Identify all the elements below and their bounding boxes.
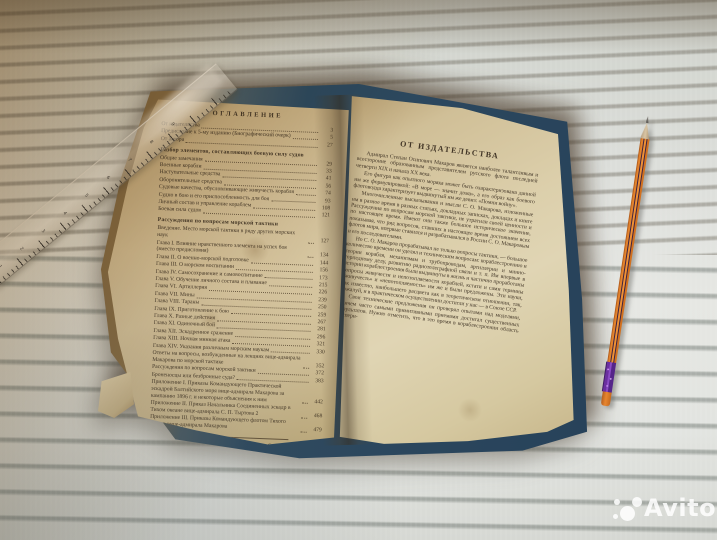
- ruler-number: 1: [0, 264, 2, 269]
- right-page: ОТ ИЗДАТЕЛЬСТВА Адмирал Степан Осипович …: [336, 94, 576, 446]
- toc-page-number: 479: [309, 427, 322, 434]
- leader-dots: [308, 243, 314, 244]
- avito-watermark: Avito: [608, 492, 708, 530]
- leader-dots: [302, 403, 308, 404]
- ruler-number: 6: [105, 175, 111, 180]
- ruler-number: 2: [18, 247, 24, 252]
- avito-logo-icon: [620, 506, 635, 521]
- leader-dots: [186, 142, 318, 148]
- leader-dots: [303, 367, 309, 368]
- open-book: ОГЛАВЛЕНИЕ От издательства3Предисловие к…: [0, 0, 717, 540]
- leader-dots: [307, 257, 313, 258]
- leader-dots: [301, 417, 307, 418]
- leader-dots: [296, 194, 316, 196]
- leader-dots: [301, 431, 307, 432]
- book-gutter-shadow: [313, 94, 372, 445]
- pencil-end: [600, 391, 611, 406]
- pencil-lead-tip: [645, 116, 649, 123]
- ruler-number: 3: [40, 229, 46, 234]
- ruler-number: 4: [61, 211, 67, 216]
- toc-body: От издательства3Предисловие к 5-му издан…: [150, 121, 334, 434]
- ruler-number: 9: [170, 122, 176, 127]
- avito-logo-icon: [613, 514, 618, 519]
- avito-logo-icon: [632, 497, 642, 507]
- ruler-number: 5: [83, 193, 89, 198]
- ruler-number: 7: [126, 158, 132, 163]
- avito-logo-icon: [614, 499, 620, 505]
- avito-text: Avito: [644, 494, 716, 522]
- photo-scene: ОГЛАВЛЕНИЕ От издательства3Предисловие к…: [0, 0, 717, 540]
- pencil-wood-cone: [640, 122, 651, 139]
- leader-dots: [203, 213, 315, 218]
- table-of-contents: ОГЛАВЛЕНИЕ От издательства3Предисловие к…: [149, 108, 334, 448]
- ruler-number: 8: [148, 140, 154, 145]
- toc-page-number: 468: [309, 413, 322, 420]
- worn-page-corner: [98, 372, 134, 418]
